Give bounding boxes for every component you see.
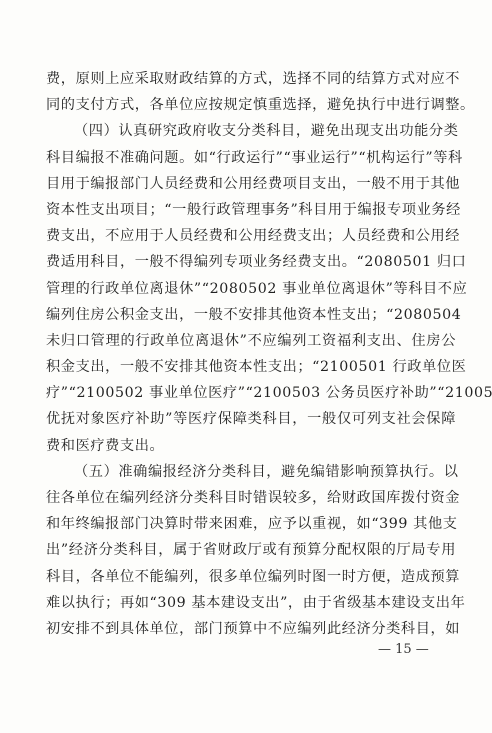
text-line: 科目编报不准确问题。如“行政运行”“事业运行”“机构运行”等科 [46, 145, 456, 171]
text-line: 未归口管理的行政单位离退休”不应编列工资福利支出、住房公 [46, 328, 456, 354]
text-line: 编列住房公积金支出，一般不安排其他资本性支出；“2080504 [46, 302, 456, 328]
text-line: 目用于编报部门人员经费和公用经费项目支出，一般不用于其他 [46, 171, 456, 197]
text-line: 管理的行政单位离退休”“2080502 事业单位离退休”等科目不应 [46, 276, 456, 302]
text-line: 优抚对象医疗补助”等医疗保障类科目，一般仅可列支社会保障 [46, 406, 456, 432]
text-line: （五）准确编报经济分类科目，避免编错影响预算执行。以 [46, 459, 456, 485]
text-line: 往各单位在编列经济分类科目时错误较多，给财政国库拨付资金 [46, 485, 456, 511]
text-line: 积金支出，一般不安排其他资本性支出；“2100501 行政单位医 [46, 354, 456, 380]
page-number: — 15 — [378, 642, 429, 657]
text-line: 初安排不到具体单位，部门预算中不应编列此经济分类科目，如 [46, 616, 456, 642]
text-line: 和年终编报部门决算时带来困难，应予以重视，如“399 其他支 [46, 511, 456, 537]
text-line: 费和医疗费支出。 [46, 433, 456, 459]
document-page: 费，原则上应采取财政结算的方式，选择不同的结算方式对应不同的支付方式，各单位应按… [46, 66, 456, 642]
body-text: 费，原则上应采取财政结算的方式，选择不同的结算方式对应不同的支付方式，各单位应按… [46, 66, 456, 642]
text-line: 难以执行；再如“309 基本建设支出”，由于省级基本建设支出年 [46, 590, 456, 616]
text-line: 出”经济分类科目，属于省财政厅或有预算分配权限的厅局专用 [46, 537, 456, 563]
text-line: 费支出，不应用于人员经费和公用经费支出；人员经费和公用经 [46, 223, 456, 249]
text-line: 疗”“2100502 事业单位医疗”“2100503 公务员医疗补助”“2100… [46, 380, 456, 406]
text-line: 费，原则上应采取财政结算的方式，选择不同的结算方式对应不 [46, 66, 456, 92]
text-line: 费适用科目，一般不得编列专项业务经费支出。“2080501 归口 [46, 249, 456, 275]
text-line: 资本性支出项目；“一般行政管理事务”科目用于编报专项业务经 [46, 197, 456, 223]
text-line: 同的支付方式，各单位应按规定慎重选择，避免执行中进行调整。 [46, 92, 456, 118]
text-line: 科目，各单位不能编列，很多单位编列时图一时方便，造成预算 [46, 564, 456, 590]
text-line: （四）认真研究政府收支分类科目，避免出现支出功能分类 [46, 118, 456, 144]
